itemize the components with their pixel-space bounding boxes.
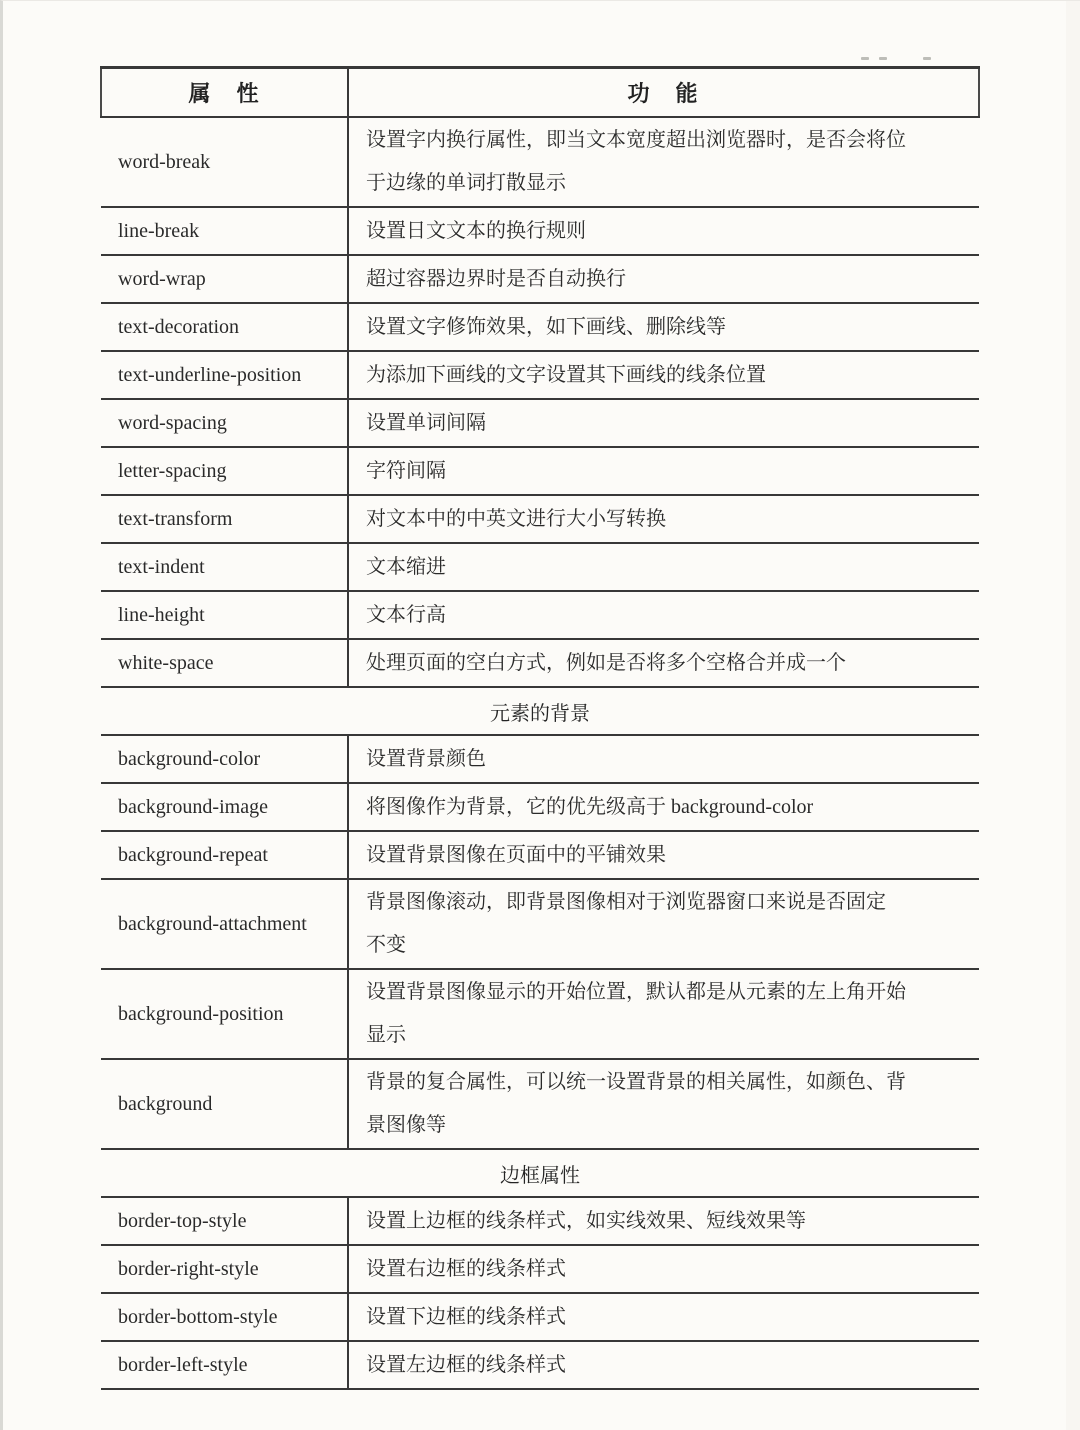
function-text-line: 背景的复合属性，可以统一设置背景的相关属性，如颜色、背 <box>366 1061 978 1104</box>
css-properties-table: 属 性 功 能 word-break设置字内换行属性，即当文本宽度超出浏览器时，… <box>100 66 980 1390</box>
table-row: line-break设置日文文本的换行规则 <box>101 207 979 255</box>
function-text-line: 设置背景图像在页面中的平铺效果 <box>366 834 978 877</box>
table-row: white-space处理页面的空白方式，例如是否将多个空格合并成一个 <box>101 639 979 687</box>
property-cell: background-position <box>101 969 348 1059</box>
function-text-line: 字符间隔 <box>366 450 978 493</box>
function-cell: 设置文字修饰效果，如下画线、删除线等 <box>348 303 979 351</box>
artifact-dash <box>923 57 931 60</box>
function-text-line: 文本缩进 <box>366 546 978 589</box>
function-text-line: 对文本中的中英文进行大小写转换 <box>366 498 978 541</box>
table-row: text-underline-position为添加下画线的文字设置其下画线的线… <box>101 351 979 399</box>
property-cell: border-bottom-style <box>101 1293 348 1341</box>
property-cell: background-repeat <box>101 831 348 879</box>
table-row: border-top-style设置上边框的线条样式，如实线效果、短线效果等 <box>101 1197 979 1245</box>
table-row: text-transform对文本中的中英文进行大小写转换 <box>101 495 979 543</box>
function-cell: 将图像作为背景，它的优先级高于 background-color <box>348 783 979 831</box>
property-cell: text-underline-position <box>101 351 348 399</box>
function-cell: 为添加下画线的文字设置其下画线的线条位置 <box>348 351 979 399</box>
property-cell: background <box>101 1059 348 1149</box>
function-cell: 设置左边框的线条样式 <box>348 1341 979 1389</box>
function-cell: 设置右边框的线条样式 <box>348 1245 979 1293</box>
function-text-line: 设置左边框的线条样式 <box>366 1344 978 1387</box>
table-row: text-decoration设置文字修饰效果，如下画线、删除线等 <box>101 303 979 351</box>
function-text-line: 设置右边框的线条样式 <box>366 1248 978 1291</box>
function-text-line: 文本行高 <box>366 594 978 637</box>
scanned-document-page: 属 性 功 能 word-break设置字内换行属性，即当文本宽度超出浏览器时，… <box>0 0 1080 1430</box>
function-cell: 设置背景图像显示的开始位置，默认都是从元素的左上角开始显示 <box>348 969 979 1059</box>
function-cell: 设置字内换行属性，即当文本宽度超出浏览器时，是否会将位于边缘的单词打散显示 <box>348 117 979 207</box>
function-text-line: 将图像作为背景，它的优先级高于 background-color <box>366 786 978 829</box>
table-row: background-attachment背景图像滚动，即背景图像相对于浏览器窗… <box>101 879 979 969</box>
function-text-line: 显示 <box>366 1014 978 1057</box>
table-row: text-indent文本缩进 <box>101 543 979 591</box>
section-label: 边框属性 <box>101 1149 979 1197</box>
function-text-line: 设置文字修饰效果，如下画线、删除线等 <box>366 306 978 349</box>
function-cell: 设置背景图像在页面中的平铺效果 <box>348 831 979 879</box>
artifact-dash <box>879 57 887 60</box>
table-row: border-left-style设置左边框的线条样式 <box>101 1341 979 1389</box>
function-cell: 设置单词间隔 <box>348 399 979 447</box>
property-cell: line-height <box>101 591 348 639</box>
column-header-property: 属 性 <box>101 68 348 118</box>
section-row: 边框属性 <box>101 1149 979 1197</box>
artifact-dash <box>861 57 869 60</box>
function-cell: 背景图像滚动，即背景图像相对于浏览器窗口来说是否固定不变 <box>348 879 979 969</box>
function-cell: 处理页面的空白方式，例如是否将多个空格合并成一个 <box>348 639 979 687</box>
photo-artifact-marks <box>861 57 941 60</box>
section-label: 元素的背景 <box>101 687 979 735</box>
function-cell: 对文本中的中英文进行大小写转换 <box>348 495 979 543</box>
function-cell: 设置背景颜色 <box>348 735 979 783</box>
function-cell: 背景的复合属性，可以统一设置背景的相关属性，如颜色、背景图像等 <box>348 1059 979 1149</box>
table-row: word-spacing设置单词间隔 <box>101 399 979 447</box>
property-cell: background-image <box>101 783 348 831</box>
property-cell: word-wrap <box>101 255 348 303</box>
function-text-line: 设置下边框的线条样式 <box>366 1296 978 1339</box>
function-text-line: 设置上边框的线条样式，如实线效果、短线效果等 <box>366 1200 978 1243</box>
property-cell: line-break <box>101 207 348 255</box>
property-cell: text-transform <box>101 495 348 543</box>
property-cell: white-space <box>101 639 348 687</box>
function-text-line: 于边缘的单词打散显示 <box>366 162 978 205</box>
property-cell: letter-spacing <box>101 447 348 495</box>
function-text-line: 为添加下画线的文字设置其下画线的线条位置 <box>366 354 978 397</box>
function-text-line: 设置日文文本的换行规则 <box>366 210 978 253</box>
function-text-line: 设置背景图像显示的开始位置，默认都是从元素的左上角开始 <box>366 971 978 1014</box>
table-row: background背景的复合属性，可以统一设置背景的相关属性，如颜色、背景图像… <box>101 1059 979 1149</box>
table-row: background-color设置背景颜色 <box>101 735 979 783</box>
property-cell: background-attachment <box>101 879 348 969</box>
table-row: word-break设置字内换行属性，即当文本宽度超出浏览器时，是否会将位于边缘… <box>101 117 979 207</box>
header-row: 属 性 功 能 <box>101 68 979 118</box>
section-row: 元素的背景 <box>101 687 979 735</box>
column-header-function: 功 能 <box>348 68 979 118</box>
table-row: line-height文本行高 <box>101 591 979 639</box>
property-cell: border-left-style <box>101 1341 348 1389</box>
table-row: word-wrap超过容器边界时是否自动换行 <box>101 255 979 303</box>
function-cell: 设置下边框的线条样式 <box>348 1293 979 1341</box>
function-cell: 设置上边框的线条样式，如实线效果、短线效果等 <box>348 1197 979 1245</box>
table-header: 属 性 功 能 <box>101 68 979 118</box>
table-row: border-bottom-style设置下边框的线条样式 <box>101 1293 979 1341</box>
function-cell: 超过容器边界时是否自动换行 <box>348 255 979 303</box>
function-cell: 字符间隔 <box>348 447 979 495</box>
table-row: border-right-style设置右边框的线条样式 <box>101 1245 979 1293</box>
function-text-line: 不变 <box>366 924 978 967</box>
table-row: background-repeat设置背景图像在页面中的平铺效果 <box>101 831 979 879</box>
table-row: background-position设置背景图像显示的开始位置，默认都是从元素… <box>101 969 979 1059</box>
property-cell: background-color <box>101 735 348 783</box>
function-text-line: 处理页面的空白方式，例如是否将多个空格合并成一个 <box>366 642 978 685</box>
function-text-line: 景图像等 <box>366 1104 978 1147</box>
function-text-line: 背景图像滚动，即背景图像相对于浏览器窗口来说是否固定 <box>366 881 978 924</box>
function-text-line: 设置单词间隔 <box>366 402 978 445</box>
property-cell: word-spacing <box>101 399 348 447</box>
function-cell: 文本行高 <box>348 591 979 639</box>
property-cell: text-decoration <box>101 303 348 351</box>
property-cell: word-break <box>101 117 348 207</box>
property-cell: border-top-style <box>101 1197 348 1245</box>
table-row: background-image将图像作为背景，它的优先级高于 backgrou… <box>101 783 979 831</box>
function-text-line: 设置字内换行属性，即当文本宽度超出浏览器时，是否会将位 <box>366 119 978 162</box>
table-body: word-break设置字内换行属性，即当文本宽度超出浏览器时，是否会将位于边缘… <box>101 117 979 1389</box>
property-cell: border-right-style <box>101 1245 348 1293</box>
function-text-line: 超过容器边界时是否自动换行 <box>366 258 978 301</box>
property-cell: text-indent <box>101 543 348 591</box>
function-cell: 设置日文文本的换行规则 <box>348 207 979 255</box>
function-text-line: 设置背景颜色 <box>366 738 978 781</box>
table-row: letter-spacing字符间隔 <box>101 447 979 495</box>
function-cell: 文本缩进 <box>348 543 979 591</box>
